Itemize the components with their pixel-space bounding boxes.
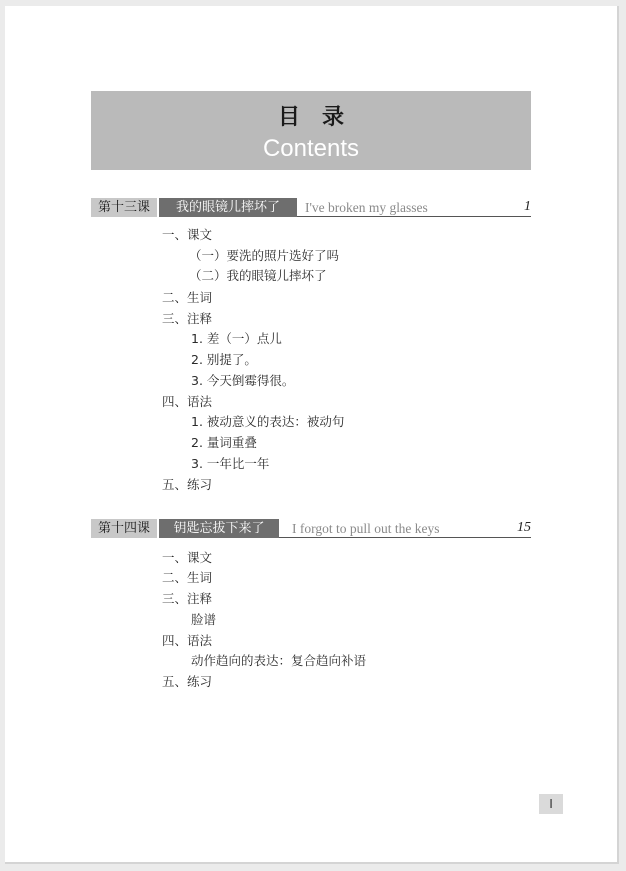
toc-entry[interactable]: 2. 量词重叠 (191, 435, 257, 451)
toc-entry[interactable]: 二、生词 (162, 290, 212, 306)
toc-entry[interactable]: 1. 差（一）点儿 (191, 331, 282, 347)
lesson-divider (297, 216, 531, 217)
contents-title-banner: 目录 Contents (91, 91, 531, 170)
lesson-title-chinese: 我的眼镜儿摔坏了 (159, 198, 297, 217)
lesson-14-header[interactable]: 第十四课 钥匙忘拔下来了 I forgot to pull out the ke… (91, 519, 531, 538)
lesson-number: 第十三课 (91, 198, 157, 217)
title-english: Contents (91, 135, 531, 163)
toc-entry[interactable]: 一、课文 (162, 550, 212, 566)
lesson-number: 第十四课 (91, 519, 157, 538)
toc-entry[interactable]: 五、练习 (162, 674, 212, 690)
toc-entry[interactable]: 3. 一年比一年 (191, 456, 269, 472)
lesson-page-number: 15 (517, 519, 531, 537)
toc-entry[interactable]: 3. 今天倒霉得很。 (191, 373, 294, 389)
lesson-title-chinese: 钥匙忘拔下来了 (159, 519, 279, 538)
lesson-title-english: I've broken my glasses (305, 198, 428, 216)
toc-entry[interactable]: 四、语法 (162, 633, 212, 649)
toc-entry[interactable]: 1. 被动意义的表达：被动句 (191, 414, 344, 430)
lesson-divider (279, 537, 531, 538)
lesson-13-header[interactable]: 第十三课 我的眼镜儿摔坏了 I've broken my glasses 1 (91, 198, 531, 217)
toc-entry[interactable]: 一、课文 (162, 227, 212, 243)
toc-entry[interactable]: 动作趋向的表达：复合趋向补语 (191, 653, 366, 669)
toc-entry[interactable]: 四、语法 (162, 394, 212, 410)
toc-entry[interactable]: 三、注释 (162, 591, 212, 607)
document-page: 目录 Contents 第十三课 我的眼镜儿摔坏了 I've broken my… (5, 6, 619, 864)
toc-entry[interactable]: （一）要洗的照片选好了吗 (189, 248, 339, 264)
title-chinese: 目录 (91, 100, 531, 131)
toc-entry[interactable]: 五、练习 (162, 477, 212, 493)
toc-entry[interactable]: 二、生词 (162, 570, 212, 586)
toc-entry[interactable]: 2. 别提了。 (191, 352, 257, 368)
lesson-title-english: I forgot to pull out the keys (292, 519, 440, 537)
toc-entry[interactable]: （二）我的眼镜儿摔坏了 (189, 268, 327, 284)
lesson-page-number: 1 (524, 198, 531, 216)
toc-entry[interactable]: 三、注释 (162, 311, 212, 327)
page-number: I (539, 794, 563, 814)
toc-entry[interactable]: 脸谱 (191, 612, 216, 628)
